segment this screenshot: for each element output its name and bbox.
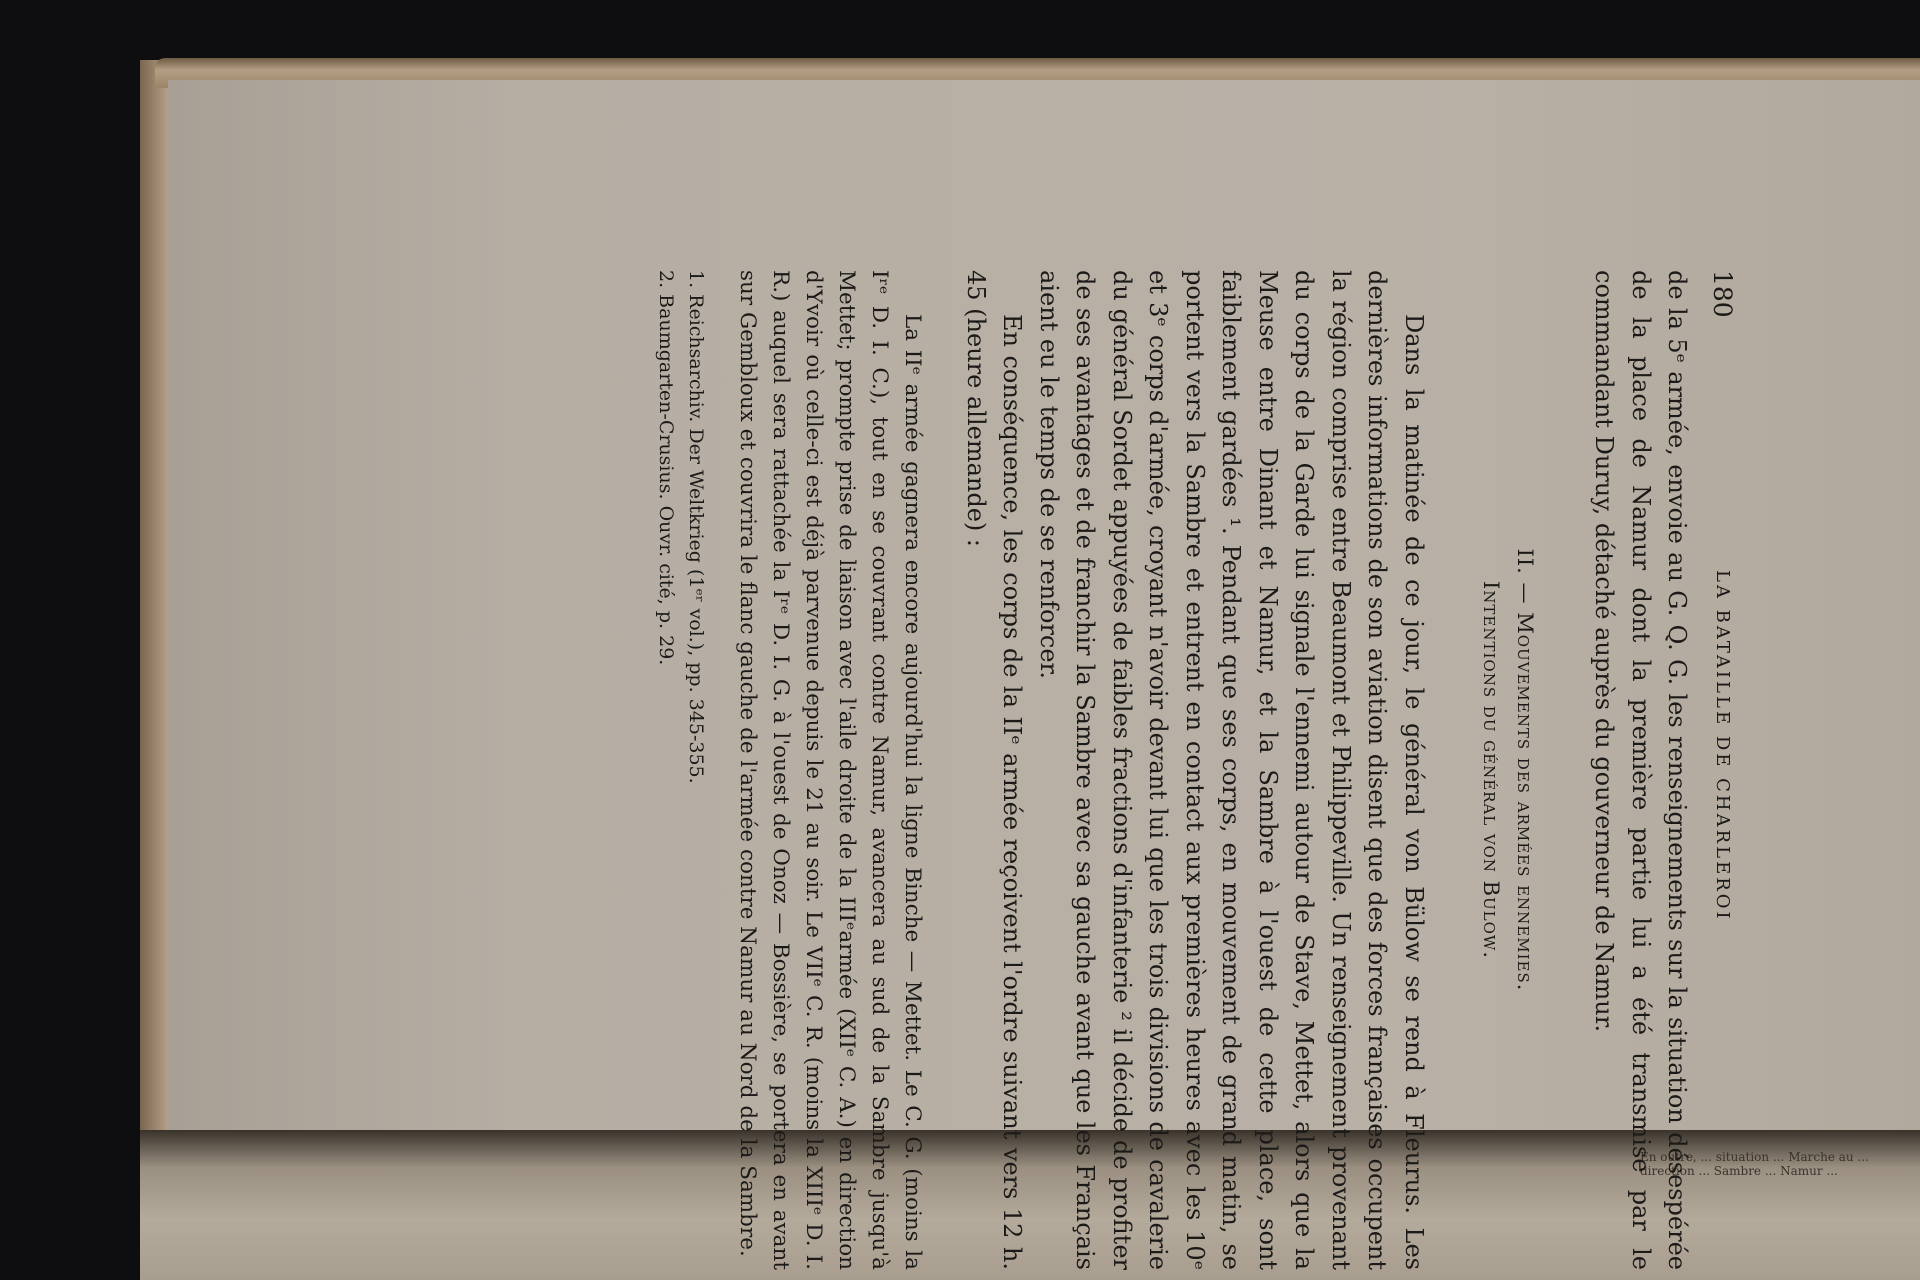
section-heading-line1: II. — Mouvements des armées ennemies.: [1508, 270, 1542, 1270]
paragraph-consequence: En conséquence, les corps de la IIᵉ armé…: [958, 270, 1031, 1270]
page-block-edge: [140, 60, 170, 1210]
footnote-1: 1. Reichsarchiv. Der Weltkrieg (1ᵉʳ vol.…: [682, 270, 712, 1270]
opening-paragraph: de la 5ᵉ armée, envoie au G. Q. G. les r…: [1586, 270, 1696, 1270]
page-text-rotated: 180 LA BATAILLE DE CHARLEROI de la 5ᵉ ar…: [652, 270, 1741, 1270]
section-heading: II. — Mouvements des armées ennemies. In…: [1474, 270, 1542, 1270]
order-paragraph: La IIᵉ armée gagnera encore aujourd'hui …: [732, 270, 930, 1270]
page-header: 180 LA BATAILLE DE CHARLEROI: [1704, 270, 1741, 1270]
footnote-2: 2. Baumgarten-Crusius. Ouvr. cité, p. 29…: [652, 270, 682, 1270]
page-number: 180: [1704, 270, 1741, 570]
running-head: LA BATAILLE DE CHARLEROI: [1704, 570, 1741, 922]
section-heading-line2: Intentions du général von Bulow.: [1474, 270, 1508, 1270]
footnotes: 1. Reichsarchiv. Der Weltkrieg (1ᵉʳ vol.…: [652, 270, 712, 1270]
paragraph-bulow: Dans la matinée de ce jour, le général v…: [1031, 270, 1433, 1270]
